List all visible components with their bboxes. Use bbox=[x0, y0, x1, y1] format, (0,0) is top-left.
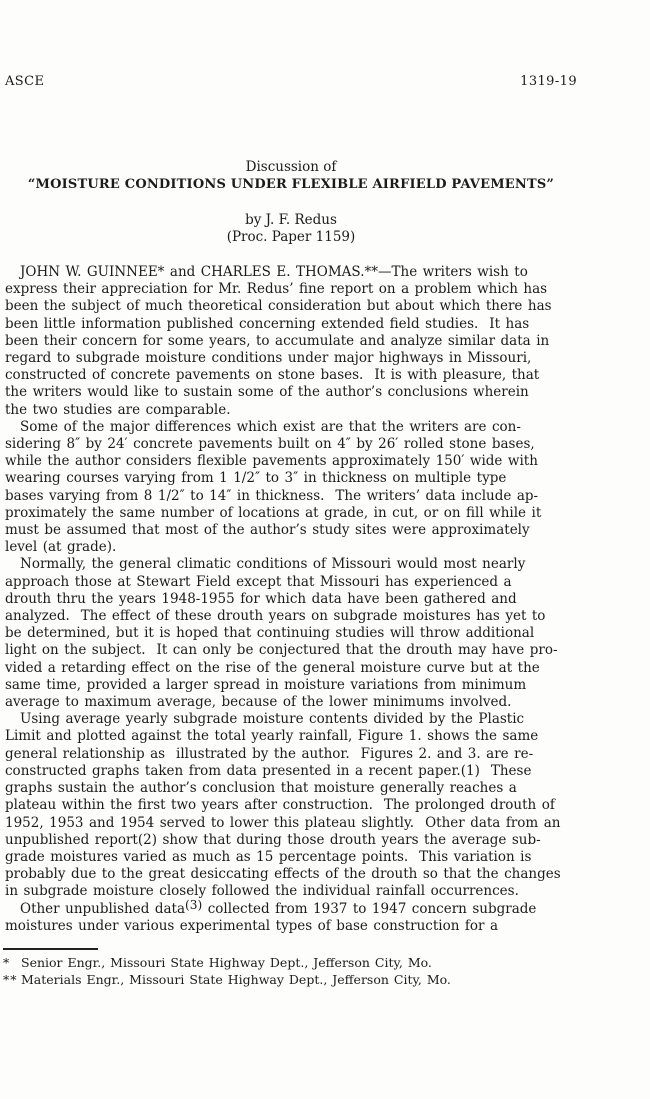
text-line: sidering 8″ by 24′ concrete pavements bu… bbox=[5, 436, 583, 453]
text-line: moistures under various experimental typ… bbox=[5, 918, 583, 935]
text-line: drouth thru the years 1948-1955 for whic… bbox=[5, 591, 583, 608]
text-line: plateau within the first two years after… bbox=[5, 797, 583, 814]
byline-block: by J. F. Redus (Proc. Paper 1159) bbox=[5, 212, 577, 245]
text-line: unpublished report(2) show that during t… bbox=[5, 832, 583, 849]
article-body: JOHN W. GUINNEE* and CHARLES E. THOMAS.*… bbox=[5, 264, 583, 935]
footnote-rule bbox=[3, 948, 98, 950]
footnote-text: Senior Engr., Missouri State Highway Dep… bbox=[21, 954, 432, 971]
text-line: express their appreciation for Mr. Redus… bbox=[5, 281, 583, 298]
text-line: must be assumed that most of the author’… bbox=[5, 522, 583, 539]
text-line: bases varying from 8 1/2″ to 14″ in thic… bbox=[5, 488, 583, 505]
journal-abbrev: ASCE bbox=[5, 74, 44, 89]
text-line: approach those at Stewart Field except t… bbox=[5, 574, 583, 591]
footnote-marker: ** bbox=[3, 971, 21, 988]
author-byline: by J. F. Redus bbox=[5, 212, 577, 229]
text-line: been little information published concer… bbox=[5, 316, 583, 333]
reference-superscript: (3) bbox=[185, 898, 202, 912]
text-line: constructed of concrete pavements on sto… bbox=[5, 367, 583, 384]
document-page: ASCE 1319-19 Discussion of “MOISTURE CON… bbox=[0, 0, 650, 1099]
text-line: JOHN W. GUINNEE* and CHARLES E. THOMAS.*… bbox=[5, 264, 583, 281]
text-line: Some of the major differences which exis… bbox=[5, 419, 583, 436]
paragraph: Normally, the general climatic condition… bbox=[5, 556, 583, 711]
text-line: general relationship as illustrated by t… bbox=[5, 746, 583, 763]
text-line: the two studies are comparable. bbox=[5, 402, 583, 419]
text-line: Limit and plotted against the total year… bbox=[5, 728, 583, 745]
text-line: while the author considers flexible pave… bbox=[5, 453, 583, 470]
running-header: ASCE 1319-19 bbox=[5, 74, 577, 89]
text-line: in subgrade moisture closely followed th… bbox=[5, 883, 583, 900]
text-line: been the subject of much theoretical con… bbox=[5, 298, 583, 315]
text-line: 1952, 1953 and 1954 served to lower this… bbox=[5, 815, 583, 832]
text-line: be determined, but it is hoped that cont… bbox=[5, 625, 583, 642]
text-line: probably due to the great desiccating ef… bbox=[5, 866, 583, 883]
text-line: constructed graphs taken from data prese… bbox=[5, 763, 583, 780]
text-line: vided a retarding effect on the rise of … bbox=[5, 660, 583, 677]
text-line: proximately the same number of locations… bbox=[5, 505, 583, 522]
footnote: *Senior Engr., Missouri State Highway De… bbox=[3, 954, 581, 971]
text-line: light on the subject. It can only be con… bbox=[5, 642, 583, 659]
footnote: **Materials Engr., Missouri State Highwa… bbox=[3, 971, 581, 988]
text-line: been their concern for some years, to ac… bbox=[5, 333, 583, 350]
paper-title: “MOISTURE CONDITIONS UNDER FLEXIBLE AIRF… bbox=[5, 176, 577, 193]
footnote-text: Materials Engr., Missouri State Highway … bbox=[21, 971, 451, 988]
proc-paper-ref: (Proc. Paper 1159) bbox=[5, 229, 577, 246]
text-line: regard to subgrade moisture conditions u… bbox=[5, 350, 583, 367]
footnote-area: *Senior Engr., Missouri State Highway De… bbox=[3, 948, 581, 988]
text-line: wearing courses varying from 1 1/2″ to 3… bbox=[5, 470, 583, 487]
text-line: average to maximum average, because of t… bbox=[5, 694, 583, 711]
text-line: analyzed. The effect of these drouth yea… bbox=[5, 608, 583, 625]
footnote-list: *Senior Engr., Missouri State Highway De… bbox=[3, 954, 581, 988]
text-line: Using average yearly subgrade moisture c… bbox=[5, 711, 583, 728]
paragraph: Using average yearly subgrade moisture c… bbox=[5, 711, 583, 900]
title-block: Discussion of “MOISTURE CONDITIONS UNDER… bbox=[5, 159, 577, 193]
discussion-of-label: Discussion of bbox=[5, 159, 577, 176]
paragraph: Some of the major differences which exis… bbox=[5, 419, 583, 557]
text-line: level (at grade). bbox=[5, 539, 583, 556]
footnote-marker: * bbox=[3, 954, 21, 971]
text-line: the writers would like to sustain some o… bbox=[5, 384, 583, 401]
paper-number: 1319-19 bbox=[520, 74, 577, 89]
text-line: same time, provided a larger spread in m… bbox=[5, 677, 583, 694]
text-line: Other unpublished data(3) collected from… bbox=[5, 901, 583, 918]
paragraph: JOHN W. GUINNEE* and CHARLES E. THOMAS.*… bbox=[5, 264, 583, 419]
paragraph: Other unpublished data(3) collected from… bbox=[5, 901, 583, 935]
text-line: graphs sustain the author’s conclusion t… bbox=[5, 780, 583, 797]
text-line: Normally, the general climatic condition… bbox=[5, 556, 583, 573]
text-line: grade moistures varied as much as 15 per… bbox=[5, 849, 583, 866]
